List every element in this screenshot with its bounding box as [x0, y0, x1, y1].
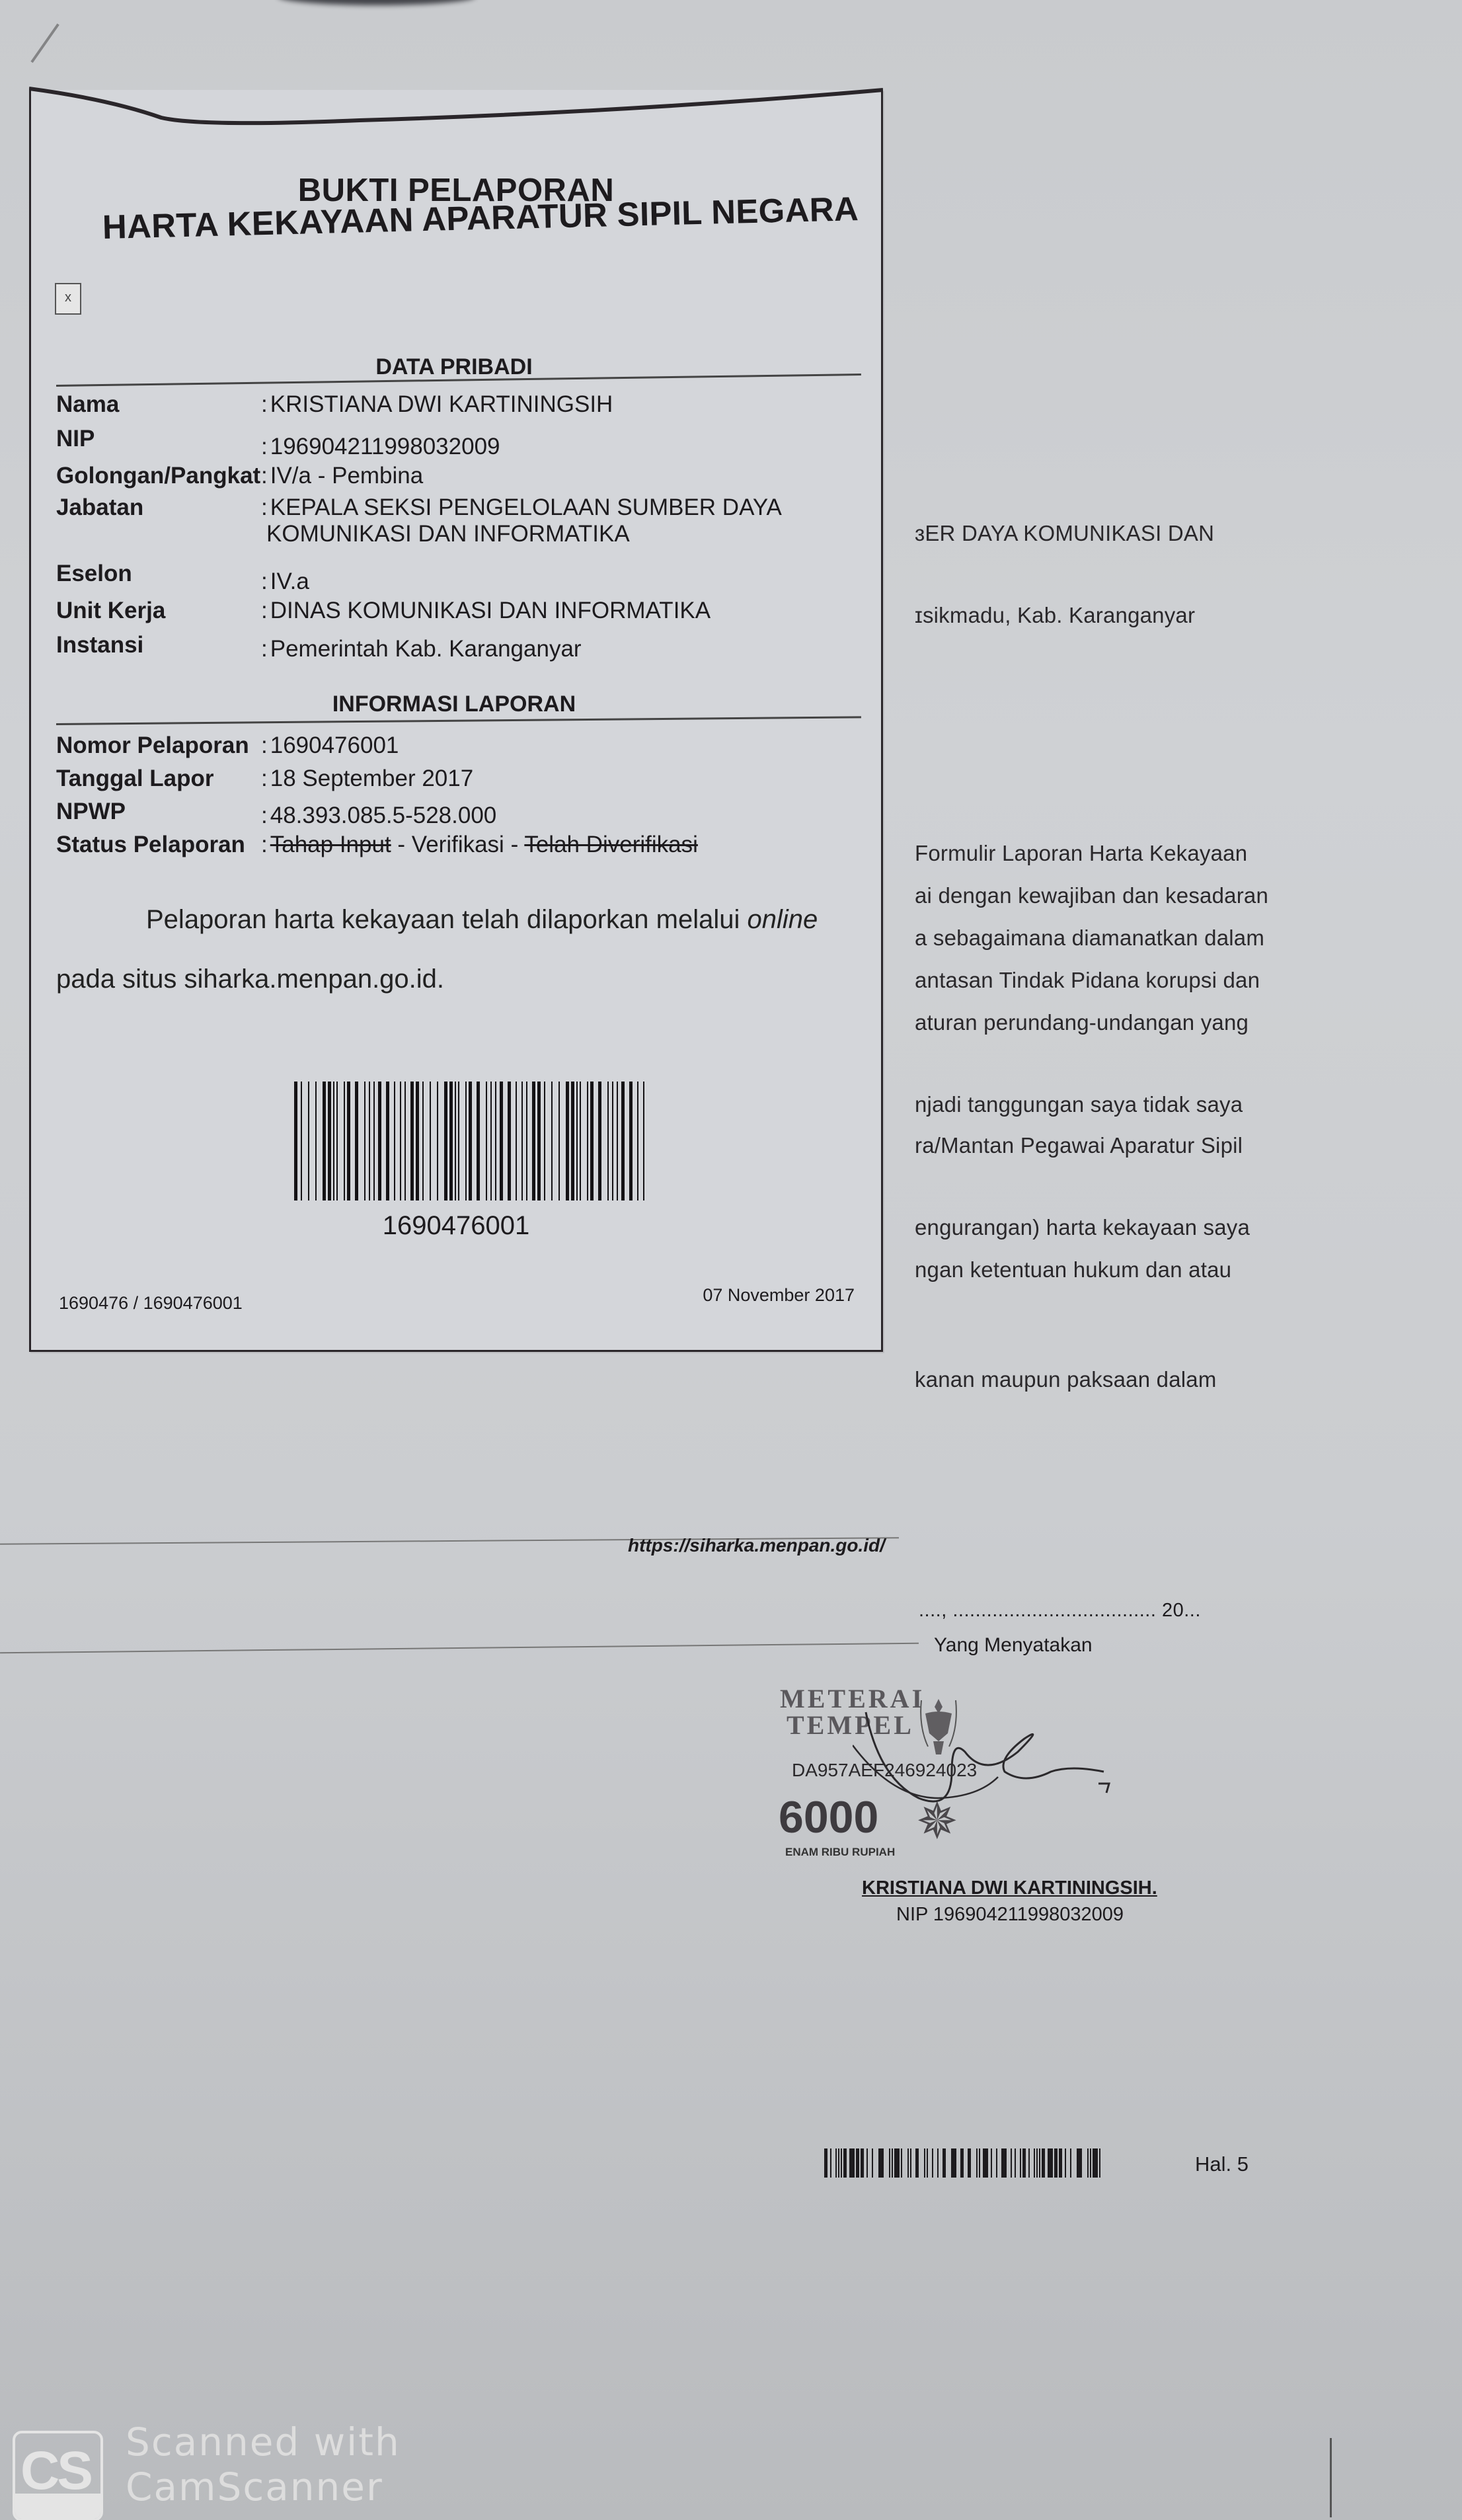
yang-menyatakan-label: Yang Menyatakan [934, 1634, 1093, 1657]
stamp-value-words: ENAM RIBU RUPIAH [785, 1846, 895, 1859]
broken-image-icon: x [55, 283, 81, 315]
bg-line: ai dengan kewajiban dan kesadaran [915, 883, 1268, 908]
field-nomor-pelaporan: Nomor Pelaporan 1690476001 [56, 732, 399, 759]
status-step: - [391, 832, 412, 857]
section-heading-data-pribadi: DATA PRIBADI [322, 354, 586, 380]
field-nama: Nama KRISTIANA DWI KARTININGSIH [56, 391, 613, 418]
barcode-number: 1690476001 [31, 1211, 881, 1241]
camscanner-watermark: Scanned with CamScanner [126, 2420, 401, 2509]
field-unit-kerja: Unit Kerja DINAS KOMUNIKASI DAN INFORMAT… [56, 598, 711, 624]
bg-line: engurangan) harta kekayaan saya [915, 1215, 1250, 1240]
field-status-pelaporan: Status Pelaporan Tahap Input - Verifikas… [56, 832, 698, 858]
signer-name: KRISTIANA DWI KARTININGSIH. [862, 1877, 1157, 1899]
pen-mark [30, 24, 59, 63]
page-number: Hal. 5 [1195, 2152, 1249, 2176]
site-url: https://siharka.menpan.go.id/ [628, 1535, 885, 1556]
status-step: Tahap Input [270, 832, 391, 857]
divider [0, 1643, 919, 1654]
edge-mark [1330, 2438, 1332, 2517]
status-step: - [504, 832, 524, 857]
bg-line: antasan Tindak Pidana korupsi dan [915, 968, 1260, 993]
bg-line: ra/Mantan Pegawai Aparatur Sipil [915, 1133, 1243, 1158]
field-nip: NIP 196904211998032009 [56, 426, 500, 460]
field-npwp: NPWP 48.393.085.5-528.000 [56, 799, 496, 829]
section-heading-informasi-laporan: INFORMASI LAPORAN [289, 691, 619, 717]
bg-line: kanan maupun paksaan dalam [915, 1367, 1217, 1392]
print-date: 07 November 2017 [703, 1285, 855, 1306]
camscanner-logo-icon: CS [13, 2431, 103, 2520]
status-step: Verifikasi [412, 832, 504, 857]
status-steps: Tahap Input - Verifikasi - Telah Diverif… [261, 832, 698, 858]
bg-line: ngan ketentuan hukum dan atau [915, 1257, 1231, 1282]
status-step: Telah Diverifikasi [524, 832, 698, 857]
online-note: Pelaporan harta kekayaan telah dilaporka… [56, 890, 876, 1009]
section-rule [56, 716, 861, 725]
bg-line: Formulir Laporan Harta Kekayaan [915, 841, 1247, 866]
receipt-card: BUKTI PELAPORAN HARTA KEKAYAAN APARATUR … [29, 90, 883, 1352]
bg-line: a sebagaimana diamanatkan dalam [915, 925, 1264, 951]
page-barcode [824, 2148, 1165, 2178]
scan-shadow [278, 0, 476, 5]
receipt-barcode [294, 1082, 667, 1201]
bg-line: njadi tanggungan saya tidak saya [915, 1092, 1243, 1117]
bg-line: ɪsikmadu, Kab. Karanganyar [915, 603, 1195, 628]
field-golongan: Golongan/Pangkat IV/a - Pembina [56, 463, 423, 489]
report-reference: 1690476 / 1690476001 [59, 1293, 243, 1314]
signature-icon [853, 1699, 1130, 1811]
field-tanggal-lapor: Tanggal Lapor 18 September 2017 [56, 766, 473, 792]
date-placeholder: ...., ..................................… [919, 1600, 1201, 1622]
field-eselon: Eselon IV.a [56, 561, 309, 595]
signer-nip: NIP 196904211998032009 [896, 1904, 1124, 1926]
card-top-border [29, 86, 883, 126]
bg-line: aturan perundang-undangan yang [915, 1010, 1249, 1035]
field-instansi: Instansi Pemerintah Kab. Karanganyar [56, 632, 582, 662]
field-jabatan: Jabatan KEPALA SEKSI PENGELOLAAN SUMBER … [56, 494, 782, 547]
bg-line: ɜER DAYA KOMUNIKASI DAN [915, 521, 1214, 546]
